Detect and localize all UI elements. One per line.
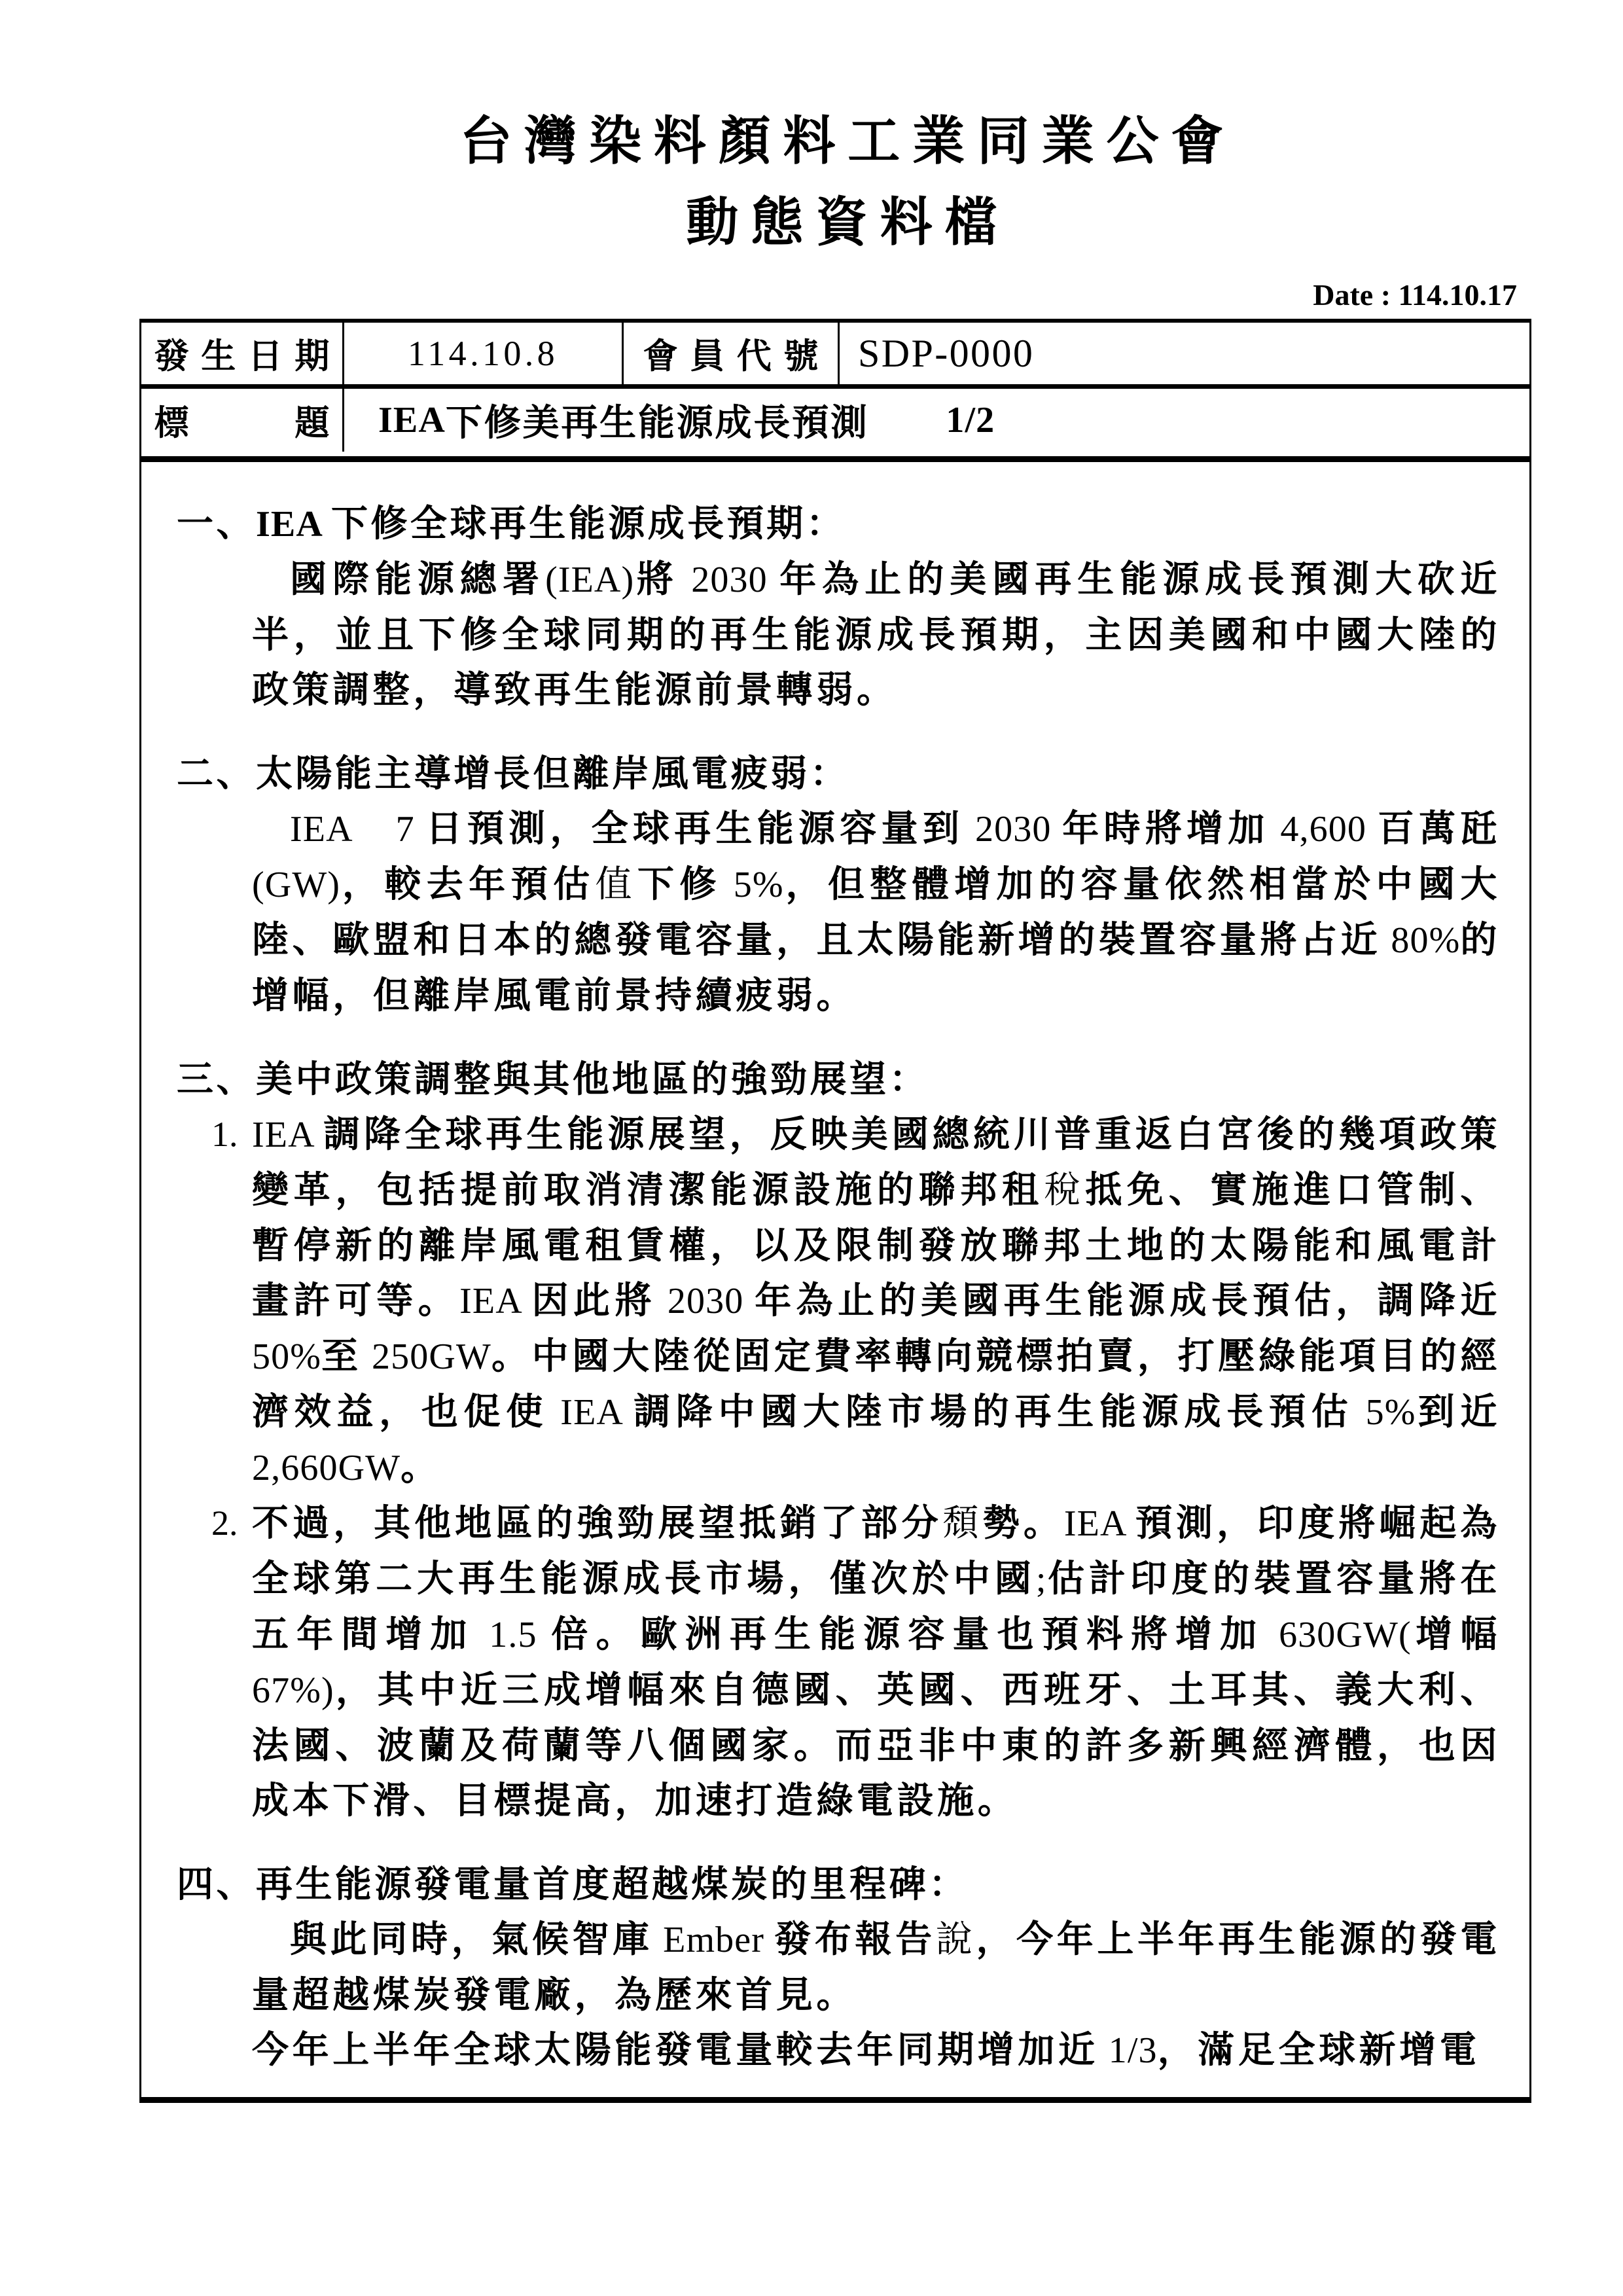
subject-value: IEA 下修美再生能源成長預測 1/2 [344, 389, 1529, 452]
doc-type-title: 動態資料檔 [139, 194, 1544, 251]
section-4-paragraph-2: 今年上半年全球太陽能發電量較去年同期增加近 1/3，滿足全球新增電 [252, 2022, 1501, 2078]
occur-date-label: 發生日期 [141, 323, 344, 384]
section-3: 三、美中政策調整與其他地區的強勁展望： 1. IEA 調降全球再生能源展望，反映… [141, 1052, 1501, 1828]
org-title: 台灣染料顏料工業同業公會 [139, 113, 1544, 170]
date-stamp: Date : 114.10.17 [1313, 279, 1517, 312]
member-code-value: SDP-0000 [840, 323, 1529, 384]
subject-label: 標 題 [141, 389, 344, 452]
list-item-1-text: IEA 調降全球再生能源展望，反映美國總統川普重返白宮後的幾項政策變革，包括提前… [252, 1107, 1501, 1496]
section-2-heading: 二、太陽能主導增長但離岸風電疲弱： [177, 746, 1501, 801]
document-page: 台灣染料顏料工業同業公會 動態資料檔 Date : 114.10.17 發生日期… [0, 0, 1623, 2296]
occur-date-value: 114.10.8 [344, 323, 624, 384]
section-4: 四、再生能源發電量首度超越煤炭的里程碑： 與此同時，氣候智庫 Ember 發布報… [141, 1857, 1501, 2078]
list-item-2-number: 2. [211, 1496, 252, 1828]
header-table: 發生日期 114.10.8 會員代號 SDP-0000 標 題 IEA 下修美再… [139, 319, 1531, 458]
section-3-list-item-2: 2. 不過，其他地區的強勁展望抵銷了部分頹勢。IEA 預測，印度將崛起為全球第二… [211, 1496, 1501, 1828]
section-1-heading: 一、IEA 下修全球再生能源成長預期： [177, 496, 1501, 552]
member-code-label: 會員代號 [624, 323, 840, 384]
section-3-heading: 三、美中政策調整與其他地區的強勁展望： [177, 1052, 1501, 1107]
document-body: 一、IEA 下修全球再生能源成長預期： 國際能源總署(IEA)將 2030 年為… [139, 458, 1531, 2103]
list-item-1-number: 1. [211, 1107, 252, 1496]
header-table-row-1: 發生日期 114.10.8 會員代號 SDP-0000 [141, 323, 1529, 389]
section-1-paragraph: 國際能源總署(IEA)將 2030 年為止的美國再生能源成長預測大砍近半，並且下… [252, 552, 1501, 717]
section-1: 一、IEA 下修全球再生能源成長預期： 國際能源總署(IEA)將 2030 年為… [141, 496, 1501, 717]
section-4-paragraph-1: 與此同時，氣候智庫 Ember 發布報告說，今年上半年再生能源的發電量超越煤炭發… [252, 1912, 1501, 2022]
header-table-row-2: 標 題 IEA 下修美再生能源成長預測 1/2 [141, 389, 1529, 452]
list-item-2-text: 不過，其他地區的強勁展望抵銷了部分頹勢。IEA 預測，印度將崛起為全球第二大再生… [252, 1496, 1501, 1828]
section-3-list-item-1: 1. IEA 調降全球再生能源展望，反映美國總統川普重返白宮後的幾項政策變革，包… [211, 1107, 1501, 1496]
section-4-heading: 四、再生能源發電量首度超越煤炭的里程碑： [177, 1857, 1501, 1912]
section-2-paragraph: IEA 7 日預測，全球再生能源容量到 2030 年時將增加 4,600 百萬瓩… [252, 801, 1501, 1023]
section-2: 二、太陽能主導增長但離岸風電疲弱： IEA 7 日預測，全球再生能源容量到 20… [141, 746, 1501, 1023]
